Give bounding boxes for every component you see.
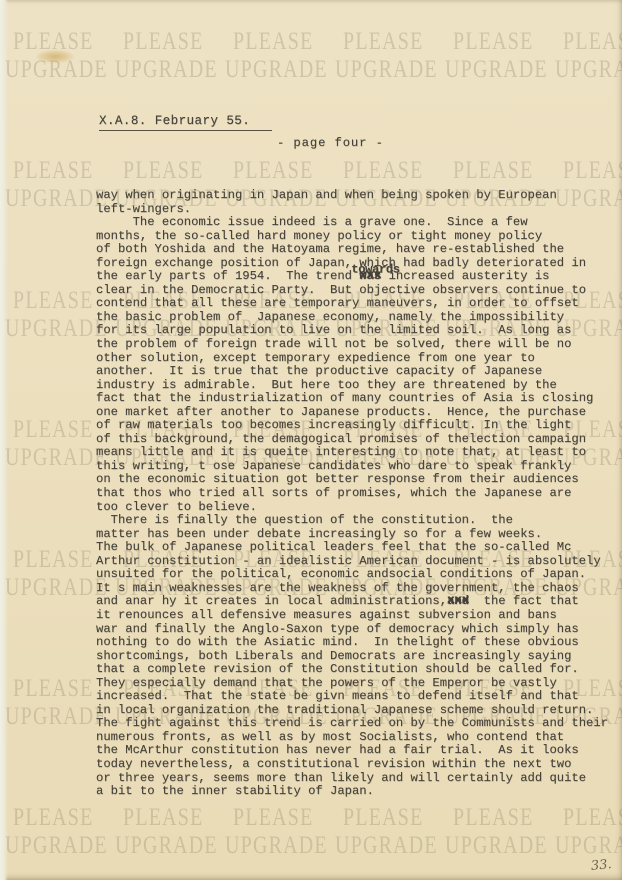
watermark-word: UPGRADE <box>555 832 622 860</box>
body-line: the basic problem of Japanese economy, n… <box>96 311 621 325</box>
watermark-word: PLEASE <box>453 157 534 185</box>
watermark-word: PLEASE <box>343 804 424 832</box>
watermark-word: PLEASE <box>13 804 94 832</box>
watermark-word: PLEASE <box>343 28 424 56</box>
body-line: today nevertheless, a constitutional rev… <box>96 758 621 772</box>
watermark-word: PLEASE <box>123 28 204 56</box>
watermark-word: UPGRADE <box>5 315 108 343</box>
watermark-word: UPGRADE <box>445 832 548 860</box>
document-reference: X.A.8. February 55. <box>99 114 272 131</box>
document-header: X.A.8. February 55. <box>99 114 272 128</box>
body-line: unsuited for the political, economic and… <box>96 568 621 582</box>
watermark-word: PLEASE <box>13 675 94 703</box>
body-line: it renounces all defensive measures agai… <box>96 609 621 623</box>
watermark-word: PLEASE <box>563 804 622 832</box>
body-line: or three years, seems more than likely a… <box>96 772 621 786</box>
document-body: way when originating in Japan and when b… <box>96 189 621 799</box>
watermark-word: PLEASE <box>343 157 424 185</box>
body-line: It s main weaknesses are the weakness of… <box>96 582 621 596</box>
body-line: fact that the industrialization of many … <box>96 392 621 406</box>
body-line: numerous fronts, as well as by most Soci… <box>96 731 621 745</box>
body-line: of this background, the demagogical prom… <box>96 433 621 447</box>
body-line: on the economic situation got better res… <box>96 473 621 487</box>
body-line: that a complete revision of the Constitu… <box>96 663 621 677</box>
body-line: There is finally the question of the con… <box>96 514 621 528</box>
watermark-word: UPGRADE <box>225 56 328 84</box>
body-line: The bulk of Japanese political leaders f… <box>96 541 621 555</box>
watermark-word: UPGRADE <box>335 56 438 84</box>
body-line: and anar hy it creates in local administ… <box>96 595 621 609</box>
body-line: that thos who tried all sorts of promise… <box>96 487 621 501</box>
body-line: of both Yoshida and the Hatoyama regime,… <box>96 243 621 257</box>
body-line: nothing to do with the Asiatic mind. In … <box>96 636 621 650</box>
body-line: another. It is true that the productive … <box>96 365 621 379</box>
watermark-word: PLEASE <box>233 28 314 56</box>
watermark-word: UPGRADE <box>555 56 622 84</box>
body-line: means little and it is queite interestin… <box>96 446 621 460</box>
body-line: industry is admirable. But here too they… <box>96 379 621 393</box>
body-line: The economic issue indeed is a grave one… <box>96 216 621 230</box>
body-line: months, the so-called hard money policy … <box>96 230 621 244</box>
body-line: this writing, t ose Japanese candidates … <box>96 460 621 474</box>
watermark-word: PLEASE <box>563 28 622 56</box>
body-line: of raw materials too becomes increasingl… <box>96 419 621 433</box>
watermark-word: PLEASE <box>13 416 94 444</box>
watermark-word: PLEASE <box>123 157 204 185</box>
body-line: the problem of foreign trade will not be… <box>96 338 621 352</box>
body-line: for its large population to live on the … <box>96 324 621 338</box>
watermark-word: PLEASE <box>13 157 94 185</box>
page-number: 33. <box>591 857 613 874</box>
watermark-word: PLEASE <box>13 287 94 315</box>
paper-stain <box>36 50 74 63</box>
body-line: other solution, except temporary expedie… <box>96 352 621 366</box>
body-line: matter has been under debate increasingl… <box>96 528 621 542</box>
watermark-word: PLEASE <box>563 157 622 185</box>
struck-out-word: and <box>447 594 469 608</box>
body-line: one market after another to Japanese pro… <box>96 406 621 420</box>
watermark-word: UPGRADE <box>445 56 548 84</box>
watermark-word: PLEASE <box>453 28 534 56</box>
watermark-word: PLEASE <box>123 804 204 832</box>
struck-out-word: was <box>359 269 381 283</box>
body-line: left-wingers. <box>96 203 621 217</box>
scanned-document-page: X.A.8. February 55. - page four - way wh… <box>0 0 622 880</box>
watermark-word: PLEASE <box>13 546 94 574</box>
watermark-word: PLEASE <box>233 804 314 832</box>
body-line: They especially demand that the powers o… <box>96 677 621 691</box>
body-line: Arthur constitution - an idealistic Amer… <box>96 555 621 569</box>
watermark-word: UPGRADE <box>225 832 328 860</box>
watermark-word: PLEASE <box>233 157 314 185</box>
body-line: way when originating in Japan and when b… <box>96 189 621 203</box>
scan-edge-left <box>0 0 8 880</box>
watermark-word: UPGRADE <box>5 832 108 860</box>
watermark-word: UPGRADE <box>5 574 108 602</box>
body-line: the McArthur constitution has never had … <box>96 744 621 758</box>
page-label: - page four - <box>277 136 384 150</box>
body-line: shortcomings, both Liberals and Democrat… <box>96 650 621 664</box>
watermark-word: UPGRADE <box>115 832 218 860</box>
watermark-word: UPGRADE <box>5 185 108 213</box>
body-line: in local organization the traditional Ja… <box>96 704 621 718</box>
body-line: clear in the Democratic Party. But objec… <box>96 284 621 298</box>
body-line: the early parts of 1954. The trend towar… <box>96 270 621 284</box>
body-line: The fight against this trend is carried … <box>96 717 621 731</box>
body-line: war and finally the Anglo-Saxon type of … <box>96 623 621 637</box>
body-line: contend that all these are temporary man… <box>96 297 621 311</box>
body-line: a bit to the inner stability of Japan. <box>96 785 621 799</box>
body-line: too clever to believe. <box>96 501 621 515</box>
watermark-word: UPGRADE <box>115 56 218 84</box>
watermark-word: UPGRADE <box>5 703 108 731</box>
body-line: increased. That the state be givn means … <box>96 690 621 704</box>
watermark-word: PLEASE <box>453 804 534 832</box>
watermark-word: UPGRADE <box>5 444 108 472</box>
watermark-word: UPGRADE <box>335 832 438 860</box>
